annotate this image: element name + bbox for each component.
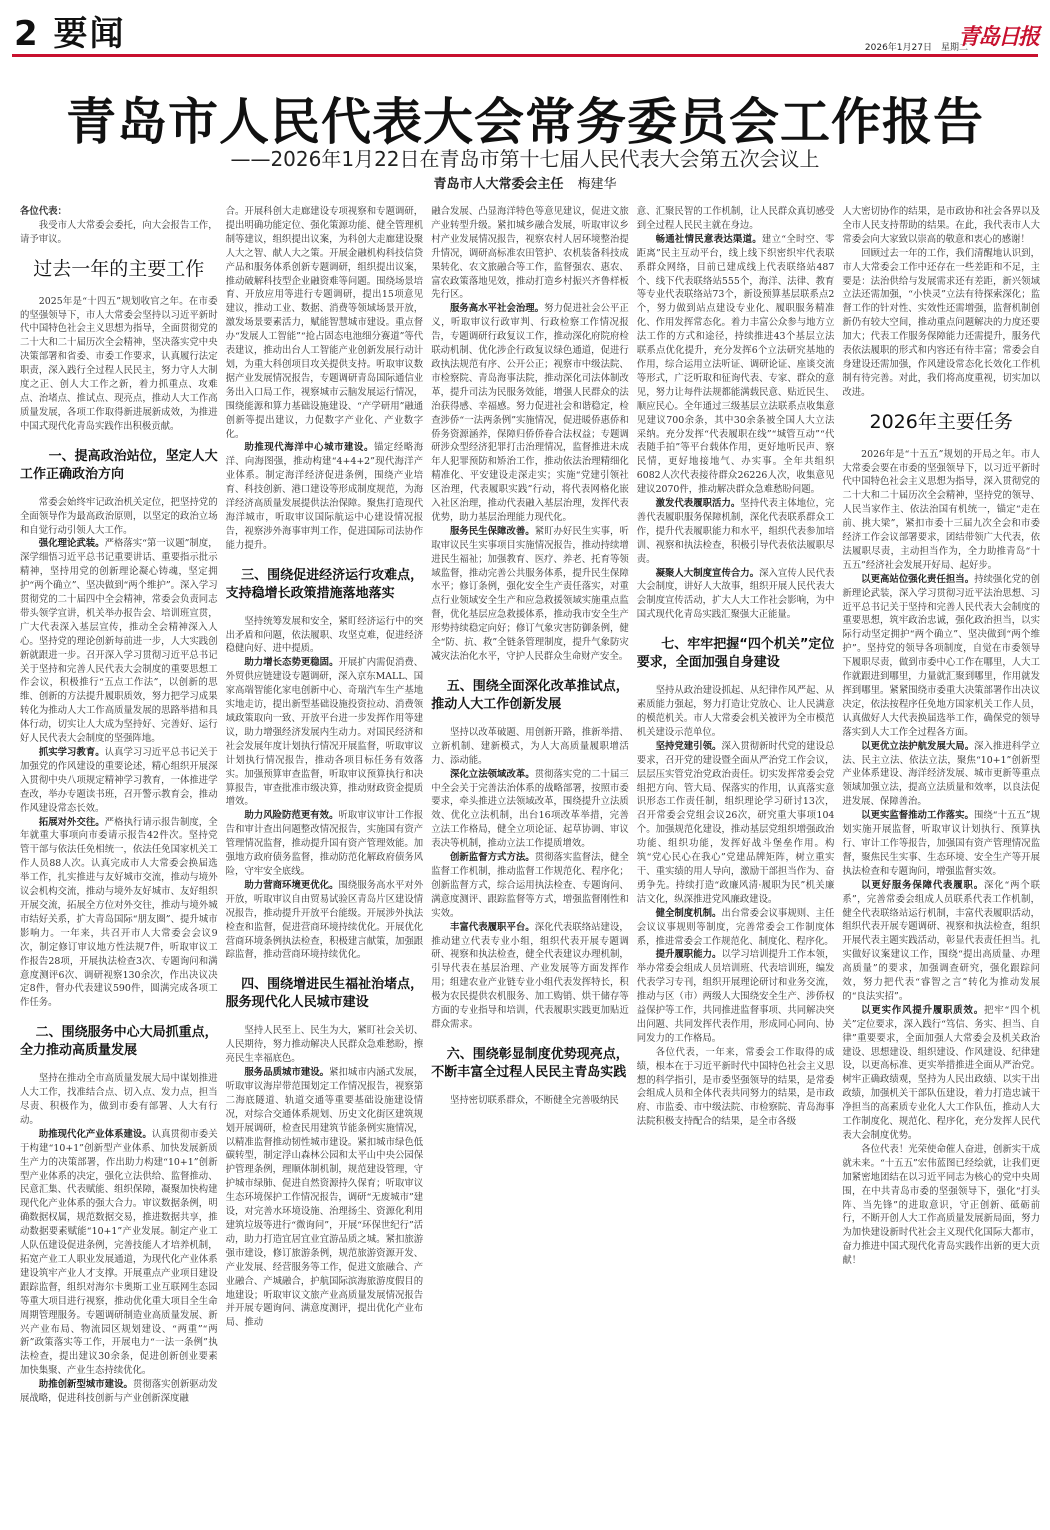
heading-line-1: 七、牢牢把握“四个机关”定位 (637, 636, 835, 654)
paragraph: 合。开展科创大走廊建设专项视察和专题调研，提出明确功能定位、强化策源功能、健全管… (226, 205, 424, 441)
paragraph-text: 人大密切协作的结果，是市政协和社会各界以及全市人民支持帮助的结果。在此，我代表市… (842, 206, 1040, 245)
paragraph: 强化理论武装。严格落实“第一议题”制度，深学细悟习近平总书记重要讲话、重要指示批… (20, 537, 218, 746)
paragraph: 各位代表！光荣使命催人奋进，创新实干成就未来。“十五五”宏伟蓝图已经绘就，让我们… (842, 1143, 1040, 1268)
heading-line-2: 要求，全面加强自身建设 (637, 655, 780, 670)
paragraph: 深化立法领域改革。贯彻落实党的二十届三中全会关于完善法治体系的战略部署，按照市委… (431, 768, 629, 851)
section-heading: 过去一年的主要工作 (20, 263, 218, 277)
heading-line-1: 五、围绕全面深化改革推试点， (431, 678, 629, 696)
paragraph: 各位代表，一年来，常委会工作取得的成绩，根本在于习近平新时代中国特色社会主义思想… (637, 1046, 835, 1129)
column-4: 意、汇聚民智的工作机制，让人民群众真切感受到全过程人民民主就在身边。畅通社情民意… (637, 205, 835, 1510)
heading-line-1: 六、围绕彰显制度优势现亮点， (431, 1046, 629, 1064)
page-section-label: 2 要闻 (14, 6, 126, 55)
paragraph-lead: 服务高水平社会治理。 (450, 303, 544, 314)
paragraph-lead: 以更实作风提升履职质效。 (861, 1005, 984, 1016)
paragraph-lead: 畅通社情民意表达渠道。 (656, 234, 762, 245)
subsection-heading: 七、牢牢把握“四个机关”定位要求，全面加强自身建设 (637, 636, 835, 672)
paragraph-lead: 助力增长态势更稳固。 (244, 657, 338, 668)
masthead-divider (12, 54, 1038, 57)
heading-line-1: 三、围绕促进经济运行攻难点， (226, 567, 424, 585)
subsection-heading: 四、围绕增进民生福祉治堵点，服务现代化人民城市建设 (226, 976, 424, 1012)
paragraph-text: 2026年是“十五五”规划的开局之年。市人大常委会要在市委的坚强领导下，以习近平… (842, 449, 1040, 571)
paragraph-lead: 丰富代表履职平台。 (450, 922, 535, 933)
salutation: 各位代表： (20, 205, 218, 219)
paragraph-text: 建立“全时空、零距离”民主互动平台，线上线下织密织牢代表联系群众网络，目前已建成… (637, 234, 835, 495)
paragraph-text: 围绕服务高水平对外开放，听取审议自由贸易试验区青岛片区建设情况报告，推动提升开放… (226, 880, 424, 961)
subsection-heading: 五、围绕全面深化改革推试点，推动人大工作创新发展 (431, 678, 629, 714)
paragraph: 助推创新型城市建设。贯彻落实创新驱动发展战略，促进科技创新与产业创新深度融 (20, 1378, 218, 1406)
paragraph-text: 深化“两个联系”，完善常委会组成人员联系代表工作机制，健全代表联络站运行机制，丰… (842, 880, 1040, 1002)
heading-line-2: 不断丰富全过程人民民主青岛实践 (431, 1065, 626, 1080)
paragraph-text: 各位代表！光荣使命催人奋进，创新实干成就未来。“十五五”宏伟蓝图已经绘就，让我们… (842, 1144, 1040, 1266)
paragraph-text: 回顾过去一年的工作，我们清醒地认识到，市人大常委会工作中还存在一些差距和不足，主… (842, 248, 1040, 398)
paragraph-lead: 助推现代化产业体系建设。 (39, 1129, 152, 1140)
masthead: 2 要闻 2026年1月27日 星期二 青岛日报 (12, 0, 1038, 57)
paragraph-lead: 以更高站位强化责任担当。 (861, 574, 974, 585)
paragraph-lead: 以更优立法护航发展大局。 (861, 741, 974, 752)
paragraph: 以更实监督推动工作落实。围绕“十五五”规划实施开展监督，听取审议计划执行、预算执… (842, 809, 1040, 879)
paragraph-text: 持续强化党的创新理论武装，深入学习贯彻习近平法治思想、习近平总书记关于坚持和完善… (842, 574, 1040, 738)
paragraph-text: 深入贯彻新时代党的建设总要求，召开党的建设暨全面从严治党工作会议，层层压实管党治… (637, 741, 835, 905)
paragraph-text: 坚持从政治建设抓起、从纪律作风严起、从素质能力强起，努力打造让党放心、让人民满意… (637, 685, 835, 738)
paragraph: 以更好服务保障代表履职。深化“两个联系”，完善常委会组成人员联系代表工作机制，健… (842, 879, 1040, 1004)
paragraph-text: 我受市人大常委会委托，向大会报告工作，请予审议。 (20, 220, 218, 245)
paragraph-text: 融合发展、凸显海洋特色等意见建议，促进文旅产业转型升级。紧扣城乡融合发展，听取审… (431, 206, 629, 300)
heading-line-2: 工作正确政治方向 (20, 467, 124, 482)
heading-line-1: 四、围绕增进民生福祉治堵点， (226, 976, 424, 994)
column-2: 合。开展科创大走廊建设专项视察和专题调研，提出明确功能定位、强化策源功能、健全管… (226, 205, 424, 1510)
paragraph-text: 坚持密切联系群众，不断健全完善吸纳民 (450, 1095, 619, 1106)
paragraph: 常委会始终牢记政治机关定位，把坚持党的全面领导作为最高政治原则，以坚定的政治立场… (20, 496, 218, 538)
byline-role: 青岛市人大常委会主任 (433, 177, 563, 192)
paragraph-lead: 助力风险防范更有效。 (244, 810, 338, 821)
paragraph-text: 严格落实“第一议题”制度，深学细悟习近平总书记重要讲话、重要指示批示精神，坚持用… (20, 538, 218, 744)
paragraph: 以更优立法护航发展大局。深入推进科学立法、民主立法、依法立法，聚焦“10+1”创… (842, 740, 1040, 810)
column-3: 融合发展、凸显海洋特色等意见建议，促进文旅产业转型升级。紧扣城乡融合发展，听取审… (431, 205, 629, 1510)
paragraph-text: 坚持以改革破题、用创新开路，推新举措、立新机制、建新模式，为人大高质量履职增活力… (431, 727, 629, 766)
paragraph-text: 锚定经略海洋、向海图强，推动构建“4+4+2”现代海洋产业体系。制定海洋经济促进… (226, 442, 424, 550)
paragraph: 坚持党建引领。深入贯彻新时代党的建设总要求，召开党的建设暨全面从严治党工作会议，… (637, 740, 835, 907)
paragraph-lead: 以更实监督推动工作落实。 (861, 810, 974, 821)
paragraph: 抓实学习教育。认真学习习近平总书记关于加强党的作风建设的重要论述，精心组织开展深… (20, 746, 218, 816)
paragraph-lead: 拓展对外交往。 (39, 817, 105, 828)
paragraph: 坚持以改革破题、用创新开路，推新举措、立新机制、建新模式，为人大高质量履职增活力… (431, 726, 629, 768)
subsection-heading: 六、围绕彰显制度优势现亮点，不断丰富全过程人民民主青岛实践 (431, 1046, 629, 1082)
paragraph: 2025年是“十四五”规划收官之年。在市委的坚强领导下，市人大常委会坚持以习近平… (20, 295, 218, 434)
paragraph: 丰富代表履职平台。深化代表联络站建设，推动建立代表专业小组，组织代表开展专题调研… (431, 921, 629, 1032)
paragraph-text: 紧扣城市内涵式发展，听取审议海岸带范围划定工作情况报告，视察第二海底隧道、轨道交… (226, 1067, 424, 1328)
paragraph: 以更实作风提升履职质效。把牢“四个机关”定位要求，深入践行“笃信、务实、担当、自… (842, 1004, 1040, 1143)
paragraph: 拓展对外交往。严格执行请示报告制度，全年就重大事项向市委请示报告42件次。坚持党… (20, 816, 218, 1011)
paragraph: 健全制度机制。出台常委会议事规则、主任会议议事规则等制度，完善常委会工作制度体系… (637, 907, 835, 949)
paragraph: 我受市人大常委会委托，向大会报告工作，请予审议。 (20, 219, 218, 247)
subsection-heading: 二、围绕服务中心大局抓重点，全力推动高质量发展 (20, 1024, 218, 1060)
paragraph: 激发代表履职活力。坚持代表主体地位，完善代表履职服务保障机制，深化代表联系群众工… (637, 497, 835, 567)
heading-line-2: 支持稳增长政策措施落地落实 (226, 586, 395, 601)
paragraph: 融合发展、凸显海洋特色等意见建议，促进文旅产业转型升级。紧扣城乡融合发展，听取审… (431, 205, 629, 302)
article-body: 各位代表：我受市人大常委会委托，向大会报告工作，请予审议。过去一年的主要工作20… (20, 205, 1040, 1510)
paragraph-lead: 健全制度机制。 (656, 908, 722, 919)
paragraph-lead: 激发代表履职活力。 (656, 498, 741, 509)
paragraph: 回顾过去一年的工作，我们清醒地认识到，市人大常委会工作中还存在一些差距和不足，主… (842, 247, 1040, 400)
paragraph: 坚持人民至上、民生为大，紧盯社会关切、人民期待，努力推动解决人民群众急难愁盼，擦… (226, 1024, 424, 1066)
paragraph: 服务高水平社会治理。努力促进社会公平正义，听取审议行政审判、行政检察工作情况报告… (431, 302, 629, 525)
paragraph-text: 紧盯办好民生实事，听取审议民生实事项目实施情况报告，推动持续增进民生福祉；加强教… (431, 526, 629, 662)
paragraph: 助力增长态势更稳固。开展扩内需促消费、外贸供应链建设专题调研，深入京东MALL、… (226, 656, 424, 809)
paragraph-text: 开展扩内需促消费、外贸供应链建设专题调研，深入京东MALL、国家高端智能化家电创… (226, 657, 424, 807)
paragraph-lead: 服务民生保障改善。 (450, 526, 535, 537)
paragraph: 提升履职能力。以学习培训提升工作本领，举办常委会组成人员培训班、代表培训班，编发… (637, 948, 835, 1045)
article-byline: 青岛市人大常委会主任梅建华 (0, 173, 1050, 192)
paragraph: 助推现代海洋中心城市建设。锚定经略海洋、向海图强，推动构建“4+4+2”现代海洋… (226, 441, 424, 552)
column-5: 人大密切协作的结果，是市政协和社会各界以及全市人民支持帮助的结果。在此，我代表市… (842, 205, 1040, 1510)
issue-date: 2026年1月27日 星期二 (865, 40, 968, 53)
heading-line-1: 二、围绕服务中心大局抓重点， (20, 1024, 218, 1042)
paragraph-lead: 深化立法领域改革。 (450, 769, 535, 780)
paragraph-text: 意、汇聚民智的工作机制，让人民群众真切感受到全过程人民民主就在身边。 (637, 206, 835, 231)
paragraph-text: 各位代表，一年来，常委会工作取得的成绩，根本在于习近平新时代中国特色社会主义思想… (637, 1047, 835, 1128)
newspaper-logo: 青岛日报 (958, 20, 1038, 51)
paragraph: 意、汇聚民智的工作机制，让人民群众真切感受到全过程人民民主就在身边。 (637, 205, 835, 233)
paragraph-text: 以学习培训提升工作本领，举办常委会组成人员培训班、代表培训班，编发代表学习专刊，… (637, 949, 835, 1043)
paragraph: 畅通社情民意表达渠道。建立“全时空、零距离”民主互动平台，线上线下织密织牢代表联… (637, 233, 835, 497)
heading-line-2: 推动人大工作创新发展 (431, 697, 561, 712)
paragraph: 以更高站位强化责任担当。持续强化党的创新理论武装，深入学习贯彻习近平法治思想、习… (842, 573, 1040, 740)
paragraph-text: 常委会始终牢记政治机关定位，把坚持党的全面领导作为最高政治原则，以坚定的政治立场… (20, 497, 218, 536)
paragraph-text: 努力促进社会公平正义，听取审议行政审判、行政检察工作情况报告，专题调研行政复议工… (431, 303, 629, 523)
section-heading: 2026年主要任务 (842, 416, 1040, 430)
heading-line-1: 一、提高政治站位，坚定人大 (20, 448, 218, 466)
paragraph: 坚持密切联系群众，不断健全完善吸纳民 (431, 1094, 629, 1108)
paragraph-text: 合。开展科创大走廊建设专项视察和专题调研，提出明确功能定位、强化策源功能、健全管… (226, 206, 424, 440)
subsection-heading: 三、围绕促进经济运行攻难点，支持稳增长政策措施落地落实 (226, 567, 424, 603)
paragraph-lead: 提升履职能力。 (656, 949, 722, 960)
paragraph: 创新监督方式方法。贯彻落实监督法，健全监督工作机制，推动监督工作规范化、程序化；… (431, 851, 629, 921)
paragraph-lead: 创新监督方式方法。 (450, 852, 535, 863)
paragraph-text: 坚持统筹发展和安全，紧盯经济运行中的突出矛盾和问题，依法履职、攻坚克难，促进经济… (226, 616, 424, 655)
paragraph-lead: 强化理论武装。 (39, 538, 105, 549)
paragraph-lead: 服务品质城市建设。 (244, 1067, 329, 1078)
paragraph-lead: 抓实学习教育。 (39, 747, 105, 758)
paragraph-lead: 助推创新型城市建设。 (39, 1379, 133, 1390)
paragraph: 服务品质城市建设。紧扣城市内涵式发展，听取审议海岸带范围划定工作情况报告，视察第… (226, 1066, 424, 1330)
paragraph-text: 严格执行请示报告制度，全年就重大事项向市委请示报告42件次。坚持党管干部与依法任… (20, 817, 218, 1009)
subsection-heading: 一、提高政治站位，坚定人大工作正确政治方向 (20, 448, 218, 484)
column-1: 各位代表：我受市人大常委会委托，向大会报告工作，请予审议。过去一年的主要工作20… (20, 205, 218, 1510)
paragraph: 凝聚人大制度宣传合力。深入宣传人民代表大会制度，讲好人大故事，组织开展人民代表大… (637, 567, 835, 623)
paragraph: 2026年是“十五五”规划的开局之年。市人大常委会要在市委的坚强领导下，以习近平… (842, 448, 1040, 573)
paragraph-text: 深化代表联络站建设，推动建立代表专业小组，组织代表开展专题调研、视察和执法检查，… (431, 922, 629, 1030)
paragraph: 人大密切协作的结果，是市政协和社会各界以及全市人民支持帮助的结果。在此，我代表市… (842, 205, 1040, 247)
byline-name: 梅建华 (578, 177, 617, 192)
heading-line-2: 服务现代化人民城市建设 (226, 995, 369, 1010)
article-subtitle: ——2026年1月22日在青岛市第十七届人民代表大会第五次会议上 (0, 143, 1050, 172)
paragraph: 助推现代化产业体系建设。认真贯彻市委关于构建“10+1”创新型产业体系、加快发展… (20, 1128, 218, 1378)
paragraph: 服务民生保障改善。紧盯办好民生实事，听取审议民生实事项目实施情况报告，推动持续增… (431, 525, 629, 664)
paragraph-lead: 助推现代海洋中心城市建设。 (244, 442, 374, 453)
paragraph-text: 把牢“四个机关”定位要求，深入践行“笃信、务实、担当、自律”重要要求，全面加强人… (842, 1005, 1040, 1141)
paragraph-text: 坚持人民至上、民生为大，紧盯社会关切、人民期待，努力推动解决人民群众急难愁盼，擦… (226, 1025, 424, 1064)
paragraph: 助力风险防范更有效。听取审议审计工作报告和审计查出问题整改情况报告，实施国有资产… (226, 809, 424, 879)
paragraph: 坚持统筹发展和安全，紧盯经济运行中的突出矛盾和问题，依法履职、攻坚克难，促进经济… (226, 615, 424, 657)
paragraph-text: 贯彻落实党的二十届三中全会关于完善法治体系的战略部署，按照市委要求，牵头推进立法… (431, 769, 629, 850)
paragraph-text: 认真贯彻市委关于构建“10+1”创新型产业体系、加快发展新质生产力的决策部署，作… (20, 1129, 218, 1376)
paragraph-lead: 坚持党建引领。 (656, 741, 722, 752)
heading-line-2: 全力推动高质量发展 (20, 1043, 137, 1058)
paragraph-lead: 以更好服务保障代表履职。 (861, 880, 984, 891)
paragraph-lead: 助力营商环境更优化。 (244, 880, 338, 891)
paragraph: 助力营商环境更优化。围绕服务高水平对外开放，听取审议自由贸易试验区青岛片区建设情… (226, 879, 424, 962)
paragraph-text: 坚持在推动全市高质量发展大局中谋划推进人大工作，找准结合点、切入点、发力点，担当… (20, 1073, 218, 1126)
paragraph-lead: 凝聚人大制度宣传合力。 (656, 568, 760, 579)
paragraph: 坚持在推动全市高质量发展大局中谋划推进人大工作，找准结合点、切入点、发力点，担当… (20, 1072, 218, 1128)
paragraph-text: 2025年是“十四五”规划收官之年。在市委的坚强领导下，市人大常委会坚持以习近平… (20, 296, 218, 432)
paragraph: 坚持从政治建设抓起、从纪律作风严起、从素质能力强起，努力打造让党放心、让人民满意… (637, 684, 835, 740)
